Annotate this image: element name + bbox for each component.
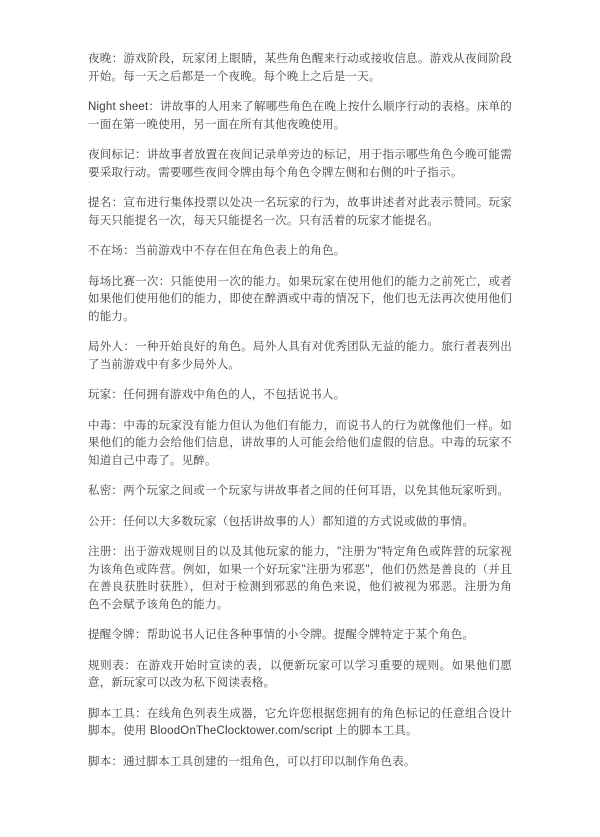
colon-separator: ： (112, 197, 124, 209)
colon-separator: ： (135, 629, 147, 641)
glossary-definition: 帮助说书人记住各种事情的小令牌。提醒令牌特定于某个角色。 (147, 629, 475, 641)
colon-separator: ： (159, 276, 171, 288)
colon-separator: ： (112, 546, 124, 558)
colon-separator: ： (148, 101, 160, 113)
colon-separator: ： (123, 341, 135, 353)
glossary-definition: 任何以大多数玩家（包括讲故事的人）都知道的方式说或做的事情。 (123, 516, 474, 528)
glossary-term: 局外人 (88, 341, 123, 353)
glossary-definition: 中毒的玩家没有能力但认为他们有能力，而说书人的行为就像他们一样。如果他们的能力会… (88, 420, 512, 467)
colon-separator: ： (112, 53, 124, 65)
glossary-term: 玩家 (88, 389, 111, 401)
glossary-definition: 宣布进行集体投票以处决一名玩家的行为，故事讲述者对此表示赞同。玩家每天只能提名一… (88, 197, 512, 227)
glossary-definition: 一种开始良好的角色。局外人具有对优秀团队无益的能力。旅行者表列出了当前游戏中有多… (88, 341, 512, 371)
colon-separator: ： (112, 420, 124, 432)
glossary-entry-player: 玩家：任何拥有游戏中角色的人，不包括说书人。 (88, 387, 512, 405)
glossary-definition: 在线角色列表生成器，它允许您根据您拥有的角色标记的任意组合设计脚本。使用 Blo… (88, 708, 512, 738)
colon-separator: ： (111, 485, 123, 497)
colon-separator: ： (111, 756, 123, 768)
glossary-term: 私密 (88, 485, 111, 497)
glossary-term: 中毒 (88, 420, 112, 432)
glossary-term: 夜间标记 (88, 149, 135, 161)
glossary-term: 提醒令牌 (88, 629, 135, 641)
colon-separator: ： (135, 149, 147, 161)
glossary-definition: 通过脚本工具创建的一组角色，可以打印以制作角色表。 (123, 756, 416, 768)
glossary-term: 注册 (88, 546, 112, 558)
glossary-definition: 当前游戏中不存在但在角色表上的角色。 (135, 245, 346, 257)
glossary-term: 不在场 (88, 245, 123, 257)
glossary-entry-poisoned: 中毒：中毒的玩家没有能力但认为他们有能力，而说书人的行为就像他们一样。如果他们的… (88, 418, 512, 471)
colon-separator: ： (111, 389, 123, 401)
glossary-term: 脚本 (88, 756, 111, 768)
glossary-entry-script: 脚本：通过脚本工具创建的一组角色，可以打印以制作角色表。 (88, 754, 512, 772)
glossary-definition: 在游戏开始时宣读的表，以便新玩家可以学习重要的规则。如果他们愿意，新玩家可以改为… (88, 660, 512, 690)
glossary-definition: 游戏阶段，玩家闭上眼睛，某些角色醒来行动或接收信息。游戏从夜间阶段开始。每一天之… (88, 53, 512, 83)
glossary-entry-outsider: 局外人：一种开始良好的角色。局外人具有对优秀团队无益的能力。旅行者表列出了当前游… (88, 339, 512, 374)
glossary-entry-night-marker: 夜间标记：讲故事者放置在夜间记录单旁边的标记，用于指示哪些角色今晚可能需要采取行… (88, 147, 512, 182)
glossary-entry-reminder-token: 提醒令牌：帮助说书人记住各种事情的小令牌。提醒令牌特定于某个角色。 (88, 627, 512, 645)
glossary-entry-night: 夜晚：游戏阶段，玩家闭上眼睛，某些角色醒来行动或接收信息。游戏从夜间阶段开始。每… (88, 51, 512, 86)
glossary-term: 夜晚 (88, 53, 112, 65)
glossary-entry-night-sheet: Night sheet：讲故事的人用来了解哪些角色在晚上按什么顺序行动的表格。床… (88, 99, 512, 134)
glossary-definition: 出于游戏规则目的以及其他玩家的能力，"注册为"特定角色或阵营的玩家视为该角色或阵… (88, 546, 512, 611)
glossary-entry-registers: 注册：出于游戏规则目的以及其他玩家的能力，"注册为"特定角色或阵营的玩家视为该角… (88, 544, 512, 614)
glossary-entry-public: 公开：任何以大多数玩家（包括讲故事的人）都知道的方式说或做的事情。 (88, 514, 512, 532)
glossary-entry-private: 私密：两个玩家之间或一个玩家与讲故事者之间的任何耳语，以免其他玩家听到。 (88, 483, 512, 501)
glossary-entry-rules-sheet: 规则表：在游戏开始时宣读的表，以便新玩家可以学习重要的规则。如果他们愿意，新玩家… (88, 658, 512, 693)
glossary-definition: 任何拥有游戏中角色的人，不包括说书人。 (123, 389, 345, 401)
glossary-entry-not-in-play: 不在场：当前游戏中不存在但在角色表上的角色。 (88, 243, 512, 261)
glossary-definition: 讲故事者放置在夜间记录单旁边的标记，用于指示哪些角色今晚可能需要采取行动。需要哪… (88, 149, 512, 179)
glossary-entry-once-per-game: 每场比赛一次：只能使用一次的能力。如果玩家在使用他们的能力之前死亡，或者如果他们… (88, 274, 512, 327)
glossary-term: Night sheet (88, 101, 148, 113)
colon-separator: ： (124, 660, 136, 672)
glossary-term: 提名 (88, 197, 112, 209)
glossary-entry-script-tool: 脚本工具：在线角色列表生成器，它允许您根据您拥有的角色标记的任意组合设计脚本。使… (88, 706, 512, 741)
glossary-term: 脚本工具 (88, 708, 135, 720)
glossary-term: 规则表 (88, 660, 124, 672)
glossary-definition: 两个玩家之间或一个玩家与讲故事者之间的任何耳语，以免其他玩家听到。 (123, 485, 509, 497)
colon-separator: ： (135, 708, 147, 720)
glossary-entry-nomination: 提名：宣布进行集体投票以处决一名玩家的行为，故事讲述者对此表示赞同。玩家每天只能… (88, 195, 512, 230)
colon-separator: ： (123, 245, 135, 257)
colon-separator: ： (111, 516, 123, 528)
glossary-term: 公开 (88, 516, 111, 528)
glossary-term: 每场比赛一次 (88, 276, 159, 288)
document-page: 夜晚：游戏阶段，玩家闭上眼睛，某些角色醒来行动或接收信息。游戏从夜间阶段开始。每… (0, 0, 600, 837)
